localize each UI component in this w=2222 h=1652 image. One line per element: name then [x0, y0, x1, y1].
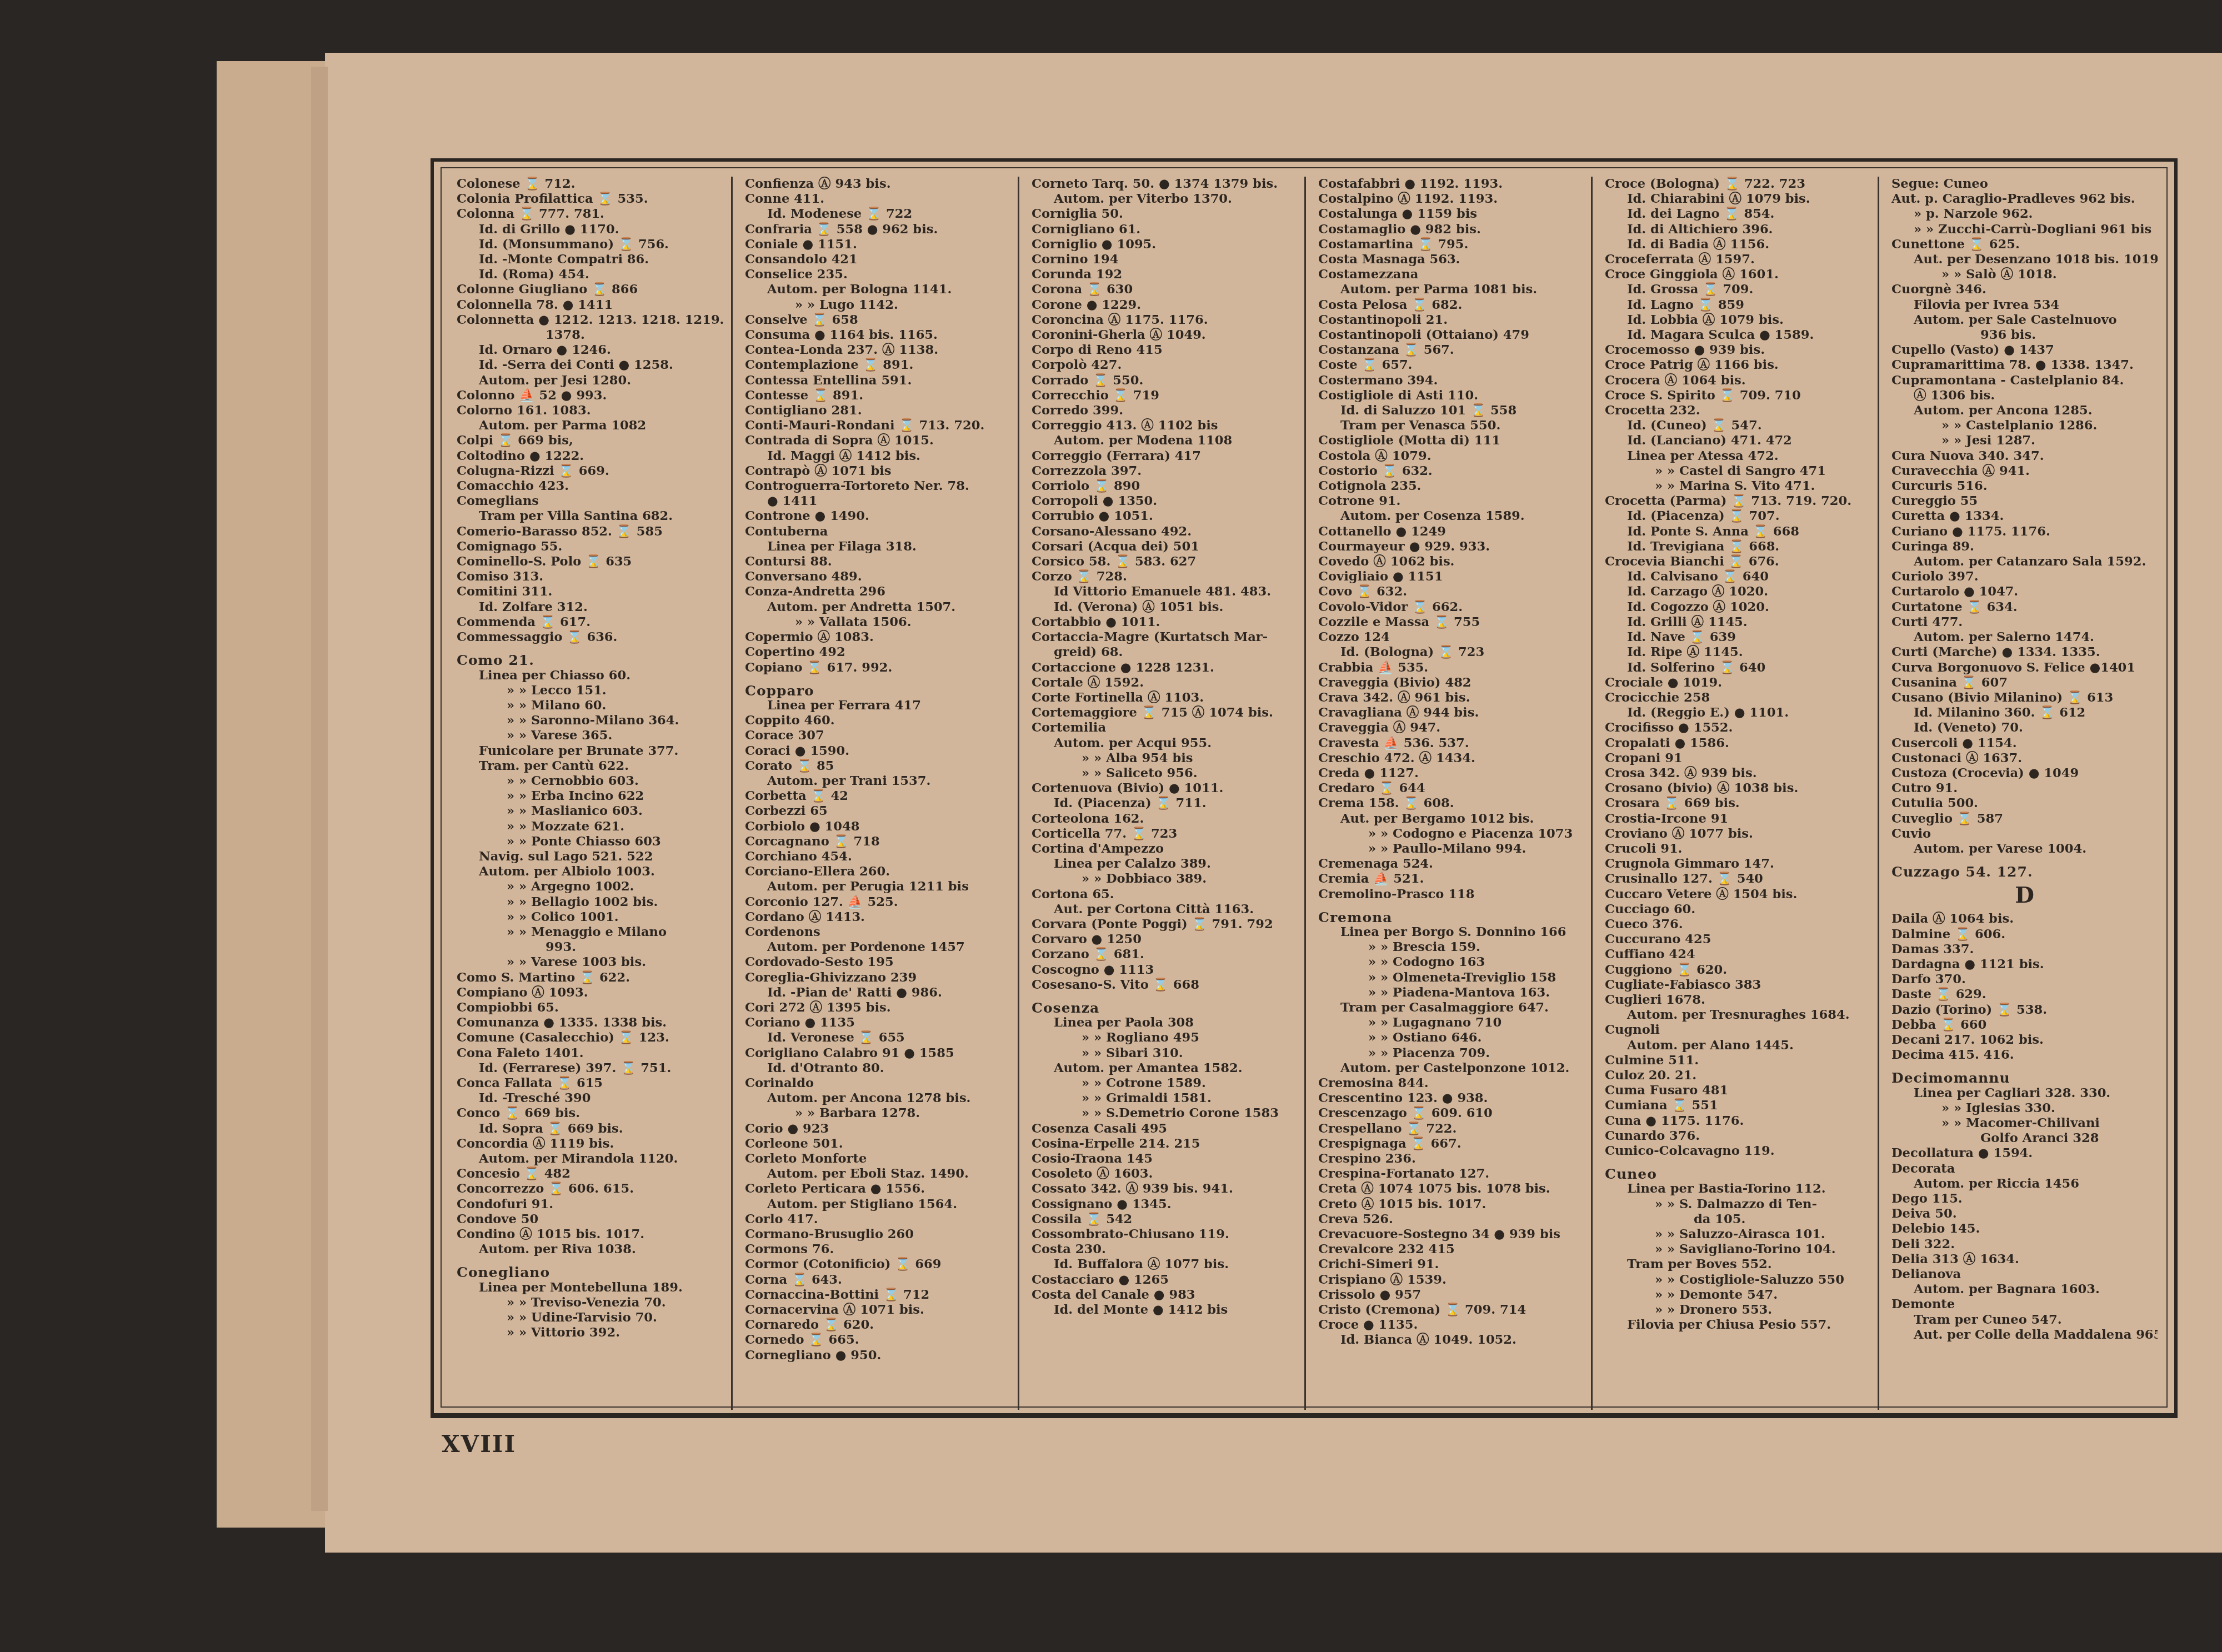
index-entry: Cusano (Bivio Milanino) ⌛ 613 [1891, 690, 2158, 705]
index-entry: Cornino 194 [1032, 252, 1298, 267]
index-entry: Colorno 161. 1083. [457, 403, 724, 418]
index-entry: » » Udine-Tarvisio 70. [457, 1310, 724, 1325]
column-1: Colonese ⌛ 712.Colonia Profilattica ⌛ 53… [444, 177, 731, 1410]
index-entry: Autom. per Bologna 1141. [745, 282, 1011, 297]
index-entry: Cortemilia [1032, 720, 1298, 735]
index-entry: Costamezzana [1318, 267, 1584, 282]
index-entry: Navig. sul Lago 521. 522 [457, 849, 724, 864]
index-entry: » » Dronero 553. [1605, 1303, 1871, 1318]
index-entry: Corbezzi 65 [745, 804, 1011, 819]
index-entry: Courmayeur ● 929. 933. [1318, 539, 1584, 554]
index-entry: » » Saluzzo-Airasca 101. [1605, 1227, 1871, 1242]
index-entry: Creta Ⓐ 1074 1075 bis. 1078 bis. [1318, 1182, 1584, 1197]
index-entry: » » S.Demetrio Corone 1583 [1032, 1106, 1298, 1121]
index-entry: Autom. per Pordenone 1457 [745, 940, 1011, 955]
index-entry: Covigliaio ● 1151 [1318, 569, 1584, 584]
index-entry: Dalmine ⌛ 606. [1891, 927, 2158, 942]
index-entry: Autom. per Bagnara 1603. [1891, 1282, 2158, 1297]
index-entry: Compiano Ⓐ 1093. [457, 985, 724, 1000]
index-entry: Comune (Casalecchio) ⌛ 123. [457, 1030, 724, 1045]
index-entry: Id. Milanino 360. ⌛ 612 [1891, 705, 2158, 720]
index-entry: Cornaccina-Bottini ⌛ 712 [745, 1288, 1011, 1303]
index-entry: Contigliano 281. [745, 403, 1011, 418]
index-entry: Corzo ⌛ 728. [1032, 569, 1298, 584]
index-heading: Cosenza [1032, 1000, 1298, 1015]
index-entry: Corte Fortinella Ⓐ 1103. [1032, 690, 1298, 705]
index-entry: » » Castel di Sangro 471 [1605, 464, 1871, 479]
index-entry: Condino Ⓐ 1015 bis. 1017. [457, 1227, 724, 1242]
index-entry: Id. (Cuneo) ⌛ 547. [1605, 418, 1871, 433]
index-heading: Copparo [745, 683, 1011, 698]
index-entry: Aut. per Cortona Città 1163. [1032, 902, 1298, 917]
index-entry: Autom. per Mirandola 1120. [457, 1152, 724, 1167]
index-entry: Contea-Londa 237. Ⓐ 1138. [745, 343, 1011, 358]
index-entry: Id. Trevigiana ⌛ 668. [1605, 539, 1871, 554]
index-entry: Consandolo 421 [745, 252, 1011, 267]
index-entry: » » Saronno-Milano 364. [457, 713, 724, 728]
index-entry: Segue: Cuneo [1891, 177, 2158, 192]
index-entry: » » Grimaldi 1581. [1032, 1091, 1298, 1106]
index-entry: Corciano-Ellera 260. [745, 864, 1011, 879]
index-entry: Croce ● 1135. [1318, 1318, 1584, 1333]
index-entry: Debba ⌛ 660 [1891, 1018, 2158, 1033]
index-entry: Corato ⌛ 85 [745, 759, 1011, 774]
index-entry: Corcagnano ⌛ 718 [745, 834, 1011, 849]
index-entry: Crabbia ⛵ 535. [1318, 660, 1584, 675]
index-entry: Colonne Giugliano ⌛ 866 [457, 282, 724, 297]
index-entry: Id. (Piacenza) ⌛ 711. [1032, 796, 1298, 811]
index-entry: Costalpino Ⓐ 1192. 1193. [1318, 192, 1584, 207]
index-entry: Cortenuova (Bivio) ● 1011. [1032, 781, 1298, 796]
index-entry: Colonno ⛵ 52 ● 993. [457, 388, 724, 403]
index-entry: » » Erba Incino 622 [457, 789, 724, 804]
index-entry: Linea per Atessa 472. [1605, 449, 1871, 464]
index-entry: Cupello (Vasto) ● 1437 [1891, 343, 2158, 358]
index-entry: Correggio (Ferrara) 417 [1032, 449, 1298, 464]
index-entry: 936 bis. [1891, 328, 2158, 343]
index-heading: Decimomannu [1891, 1070, 2158, 1085]
index-entry: Id. (Monsummano) ⌛ 756. [457, 237, 724, 252]
index-entry: Delebio 145. [1891, 1222, 2158, 1237]
index-entry: Costalunga ● 1159 bis [1318, 207, 1584, 222]
index-entry: Corteolona 162. [1032, 812, 1298, 827]
index-entry: Concesio ⌛ 482 [457, 1167, 724, 1182]
index-entry: Costa Masnaga 563. [1318, 252, 1584, 267]
index-entry: Linea per Paola 308 [1032, 1015, 1298, 1030]
index-entry: Conversano 489. [745, 569, 1011, 584]
index-entry: Cuglieri 1678. [1605, 993, 1871, 1008]
index-entry: » » Jesi 1287. [1891, 433, 2158, 448]
index-entry: Croce (Bologna) ⌛ 722. 723 [1605, 177, 1871, 192]
index-entry: » » Bellagio 1002 bis. [457, 895, 724, 910]
index-entry: Contrada di Sopra Ⓐ 1015. [745, 433, 1011, 448]
index-entry: Id. di Badia Ⓐ 1156. [1605, 237, 1871, 252]
index-entry: Costamartina ⌛ 795. [1318, 237, 1584, 252]
index-entry: Conselice 235. [745, 267, 1011, 282]
index-entry: Tram per Boves 552. [1605, 1257, 1871, 1272]
index-entry: Autom. per Modena 1108 [1032, 433, 1298, 448]
index-entry: Id. di Grillo ● 1170. [457, 222, 724, 237]
index-entry: Autom. per Eboli Staz. 1490. [745, 1167, 1011, 1182]
index-entry: Crichi-Simeri 91. [1318, 1257, 1584, 1272]
index-entry: Cravesta ⛵ 536. 537. [1318, 736, 1584, 751]
index-entry: Coscogno ● 1113 [1032, 963, 1298, 978]
index-entry: Decollatura ● 1594. [1891, 1146, 2158, 1161]
index-entry: Corigliano Calabro 91 ● 1585 [745, 1046, 1011, 1061]
index-entry: » » Castelplanio 1286. [1891, 418, 2158, 433]
index-entry: Linea per Bastia-Torino 112. [1605, 1182, 1871, 1197]
index-entry: Covolo-Vidor ⌛ 662. [1318, 600, 1584, 615]
index-entry: Decani 217. 1062 bis. [1891, 1033, 2158, 1048]
index-entry: Costorio ⌛ 632. [1318, 464, 1584, 479]
index-entry: Id. Magara Sculca ● 1589. [1605, 328, 1871, 343]
index-entry: Conca Fallata ⌛ 615 [457, 1076, 724, 1091]
index-entry: Id. del Monte ● 1412 bis [1032, 1303, 1298, 1318]
index-entry: Corna ⌛ 643. [745, 1273, 1011, 1288]
index-entry: Corriolo ⌛ 890 [1032, 479, 1298, 494]
index-entry: Coraci ● 1590. [745, 744, 1011, 759]
index-entry: » » Savigliano-Torino 104. [1605, 1242, 1871, 1257]
index-entry: Id. Grossa ⌛ 709. [1605, 282, 1871, 297]
index-entry: Crocifisso ● 1552. [1605, 720, 1871, 735]
index-entry: Creschio 472. Ⓐ 1434. [1318, 751, 1584, 766]
index-entry: Autom. per Varese 1004. [1891, 842, 2158, 857]
index-entry: Cuvio [1891, 827, 2158, 842]
index-entry: Tram per Venasca 550. [1318, 418, 1584, 433]
index-entry: Costigliole (Motta di) 111 [1318, 433, 1584, 448]
index-entry: Comitini 311. [457, 584, 724, 599]
index-entry: Cortaccione ● 1228 1231. [1032, 660, 1298, 675]
index-entry: Id. (Reggio E.) ● 1101. [1605, 705, 1871, 720]
index-entry: Corleone 501. [745, 1137, 1011, 1152]
index-entry: Comunanza ● 1335. 1338 bis. [457, 1015, 724, 1030]
index-entry: » p. Narzole 962. [1891, 207, 2158, 222]
index-entry: Id. Buffalora Ⓐ 1077 bis. [1032, 1257, 1298, 1272]
index-entry: Id. Sopra ⌛ 669 bis. [457, 1122, 724, 1137]
index-entry: Como S. Martino ⌛ 622. [457, 970, 724, 985]
index-entry: » » Cotrone 1589. [1032, 1076, 1298, 1091]
index-entry: Aut. p. Caraglio-Pradleves 962 bis. [1891, 192, 2158, 207]
index-entry: Crocetta (Parma) ⌛ 713. 719. 720. [1605, 494, 1871, 509]
index-entry: Corona ⌛ 630 [1032, 282, 1298, 297]
index-entry: Cordano Ⓐ 1413. [745, 910, 1011, 925]
index-entry: Id. (Ferrarese) 397. ⌛ 751. [457, 1061, 724, 1076]
index-entry: Crespellano ⌛ 722. [1318, 1122, 1584, 1137]
index-entry: Curiano ● 1175. 1176. [1891, 524, 2158, 539]
index-entry: Autom. per Parma 1082 [457, 418, 724, 433]
index-entry: Linea per Borgo S. Donnino 166 [1318, 925, 1584, 940]
index-entry: Tram per Villa Santina 682. [457, 509, 724, 524]
index-entry: Cordovado-Sesto 195 [745, 955, 1011, 970]
index-entry: Autom. per Ancona 1278 bis. [745, 1091, 1011, 1106]
index-entry: » » Dobbiaco 389. [1032, 872, 1298, 887]
index-entry: » » Vittorio 392. [457, 1325, 724, 1340]
index-entry: Corunda 192 [1032, 267, 1298, 282]
index-entry: Id. dei Lagno ⌛ 854. [1605, 207, 1871, 222]
index-entry: Crosara ⌛ 669 bis. [1605, 796, 1871, 811]
index-entry: Corleto Perticara ● 1556. [745, 1182, 1011, 1197]
index-entry: Crevalcore 232 415 [1318, 1242, 1584, 1257]
index-entry: Cutro 91. [1891, 781, 2158, 796]
index-entry: Conselve ⌛ 658 [745, 313, 1011, 328]
index-entry: » » Maslianico 603. [457, 804, 724, 819]
index-entry: Crucoli 91. [1605, 842, 1871, 857]
index-entry: Autom. per Salerno 1474. [1891, 630, 2158, 645]
index-entry: Curtarolo ● 1047. [1891, 584, 2158, 599]
index-entry: Id. Cogozzo Ⓐ 1020. [1605, 600, 1871, 615]
index-entry: Cosoleto Ⓐ 1603. [1032, 1167, 1298, 1182]
index-entry: Crostia-Ircone 91 [1605, 812, 1871, 827]
column-4: Costafabbri ● 1192. 1193.Costalpino Ⓐ 11… [1304, 177, 1591, 1410]
index-entry: Corpolò 427. [1032, 358, 1298, 373]
index-entry: Id. -Serra dei Conti ● 1258. [457, 358, 724, 373]
index-entry: Corsari (Acqua dei) 501 [1032, 539, 1298, 554]
index-entry: Autom. per Stigliano 1564. [745, 1197, 1011, 1212]
index-entry: Cornigliano 61. [1032, 222, 1298, 237]
index-entry: Cuccurano 425 [1605, 932, 1871, 947]
index-entry: Costafabbri ● 1192. 1193. [1318, 177, 1584, 192]
index-entry: Curtatone ⌛ 634. [1891, 600, 2158, 615]
index-entry: Controguerra-Tortoreto Ner. 78. [745, 479, 1011, 494]
index-entry: Crema 158. ⌛ 608. [1318, 796, 1584, 811]
index-entry: Autom. per Riva 1038. [457, 1242, 724, 1257]
column-5: Croce (Bologna) ⌛ 722. 723Id. Chiarabini… [1591, 177, 1878, 1410]
index-entry: greid) 68. [1032, 645, 1298, 660]
index-entry: Corsico 58. ⌛ 583. 627 [1032, 554, 1298, 569]
index-entry: Autom. per Ancona 1285. [1891, 403, 2158, 418]
index-entry: Autom. per Parma 1081 bis. [1318, 282, 1584, 297]
index-entry: Darfo 370. [1891, 972, 2158, 987]
index-entry: Cristo (Cremona) ⌛ 709. 714 [1318, 1303, 1584, 1318]
index-entry: » » Salò Ⓐ 1018. [1891, 267, 2158, 282]
index-entry: Craveggia Ⓐ 947. [1318, 720, 1584, 735]
index-entry: Linea per Filaga 318. [745, 539, 1011, 554]
index-entry: Cosenza Casali 495 [1032, 1122, 1298, 1137]
index-entry: Cura Nuova 340. 347. [1891, 449, 2158, 464]
index-entry: Crissolo ● 957 [1318, 1288, 1584, 1303]
index-entry: » » Lugo 1142. [745, 298, 1011, 313]
index-entry: » » Mozzate 621. [457, 819, 724, 834]
index-entry: Id. -Tresché 390 [457, 1091, 724, 1106]
index-entry: Aut. per Desenzano 1018 bis. 1019. [1891, 252, 2158, 267]
index-entry: Cropalati ● 1586. [1605, 736, 1871, 751]
index-entry: » » Zucchi-Carrù-Dogliani 961 bis [1891, 222, 2158, 237]
index-entry: Cutulia 500. [1891, 796, 2158, 811]
index-entry: Costola Ⓐ 1079. [1318, 449, 1584, 464]
index-entry: Coreglia-Ghivizzano 239 [745, 970, 1011, 985]
index-entry: Colpi ⌛ 669 bis, [457, 433, 724, 448]
index-entry: Crespignaga ⌛ 667. [1318, 1137, 1584, 1152]
index-entry: Culoz 20. 21. [1605, 1068, 1871, 1083]
index-entry: Id. di Altichiero 396. [1605, 222, 1871, 237]
index-entry: ● 1411 [745, 494, 1011, 509]
index-heading: Como 21. [457, 653, 724, 668]
index-entry: Id. (Piacenza) ⌛ 707. [1605, 509, 1871, 524]
index-entry: Autom. per Jesi 1280. [457, 373, 724, 388]
index-entry: » » Colico 1001. [457, 910, 724, 925]
index-entry: Corbiolo ● 1048 [745, 819, 1011, 834]
index-entry: Creva 526. [1318, 1212, 1584, 1227]
index-entry: Compiobbi 65. [457, 1000, 724, 1015]
index-entry: Corneto Tarq. 50. ● 1374 1379 bis. [1032, 177, 1298, 192]
index-entry: Cunardo 376. [1605, 1129, 1871, 1144]
index-entry: Tram per Casalmaggiore 647. [1318, 1000, 1584, 1015]
index-entry: » » Paullo-Milano 994. [1318, 842, 1584, 857]
index-entry: Cuffiano 424 [1605, 947, 1871, 962]
index-entry: Craveggia (Bivio) 482 [1318, 675, 1584, 690]
index-entry: Id. Ponte S. Anna ⌛ 668 [1605, 524, 1871, 539]
index-entry: Id. -Pian de' Ratti ● 986. [745, 985, 1011, 1000]
index-entry: Crosa 342. Ⓐ 939 bis. [1605, 766, 1871, 781]
index-entry: Crocera Ⓐ 1064 bis. [1605, 373, 1871, 388]
index-entry: Comerio-Barasso 852. ⌛ 585 [457, 524, 724, 539]
index-heading: Conegliano [457, 1265, 724, 1280]
index-entry: Cuma Fusaro 481 [1605, 1083, 1871, 1098]
index-entry: Conco ⌛ 669 bis. [457, 1106, 724, 1121]
index-entry: da 105. [1605, 1212, 1871, 1227]
index-entry: Cortale Ⓐ 1592. [1032, 675, 1298, 690]
index-entry: Cotignola 235. [1318, 479, 1584, 494]
index-entry: Cusanina ⌛ 607 [1891, 675, 2158, 690]
index-entry: » » Alba 954 bis [1032, 751, 1298, 766]
index-entry: Corniglia 50. [1032, 207, 1298, 222]
index-entry: Contursi 88. [745, 554, 1011, 569]
index-entry: Crocetta 232. [1605, 403, 1871, 418]
index-entry: Aut. per Bergamo 1012 bis. [1318, 812, 1584, 827]
index-entry: Corlo 417. [745, 1212, 1011, 1227]
index-entry: Id. (Veneto) 70. [1891, 720, 2158, 735]
index-entry: Cosio-Traona 145 [1032, 1152, 1298, 1167]
index-entry: » » Demonte 547. [1605, 1288, 1871, 1303]
index-entry: Id. Grilli Ⓐ 1145. [1605, 615, 1871, 630]
index-entry: Cremenaga 524. [1318, 857, 1584, 872]
index-entry: Coriano ● 1135 [745, 1015, 1011, 1030]
index-entry: Cossignano ● 1345. [1032, 1197, 1298, 1212]
index-entry: Tram. per Cantù 622. [457, 759, 724, 774]
index-entry: Cortemaggiore ⌛ 715 Ⓐ 1074 bis. [1032, 705, 1298, 720]
index-entry: Linea per Montebelluna 189. [457, 1280, 724, 1295]
index-entry: Id. Zolfare 312. [457, 600, 724, 615]
index-entry: Corio ● 923 [745, 1122, 1011, 1137]
index-entry: Cormons 76. [745, 1242, 1011, 1257]
index-entry: Crocicchie 258 [1605, 690, 1871, 705]
index-entry: Dazio (Torino) ⌛ 538. [1891, 1003, 2158, 1018]
index-entry: Coniale ● 1151. [745, 237, 1011, 252]
index-entry: Cozzo 124 [1318, 630, 1584, 645]
index-entry: Id. Bianca Ⓐ 1049. 1052. [1318, 1333, 1584, 1348]
index-entry: Croce S. Spirito ⌛ 709. 710 [1605, 388, 1871, 403]
index-entry: Colonese ⌛ 712. [457, 177, 724, 192]
index-entry: Culmine 511. [1605, 1053, 1871, 1068]
index-entry: Ⓐ 1306 bis. [1891, 388, 2158, 403]
index-entry: Contemplazione ⌛ 891. [745, 358, 1011, 373]
index-entry: Autom. per Cosenza 1589. [1318, 509, 1584, 524]
index-entry: Corzano ⌛ 681. [1032, 947, 1298, 962]
index-entry: 1378. [457, 328, 724, 343]
index-entry: Deiva 50. [1891, 1207, 2158, 1222]
index-entry: Correzzola 397. [1032, 464, 1298, 479]
index-entry: » » Treviso-Venezia 70. [457, 1295, 724, 1310]
index-entry: Cremolino-Prasco 118 [1318, 887, 1584, 902]
index-entry: Commessaggio ⌛ 636. [457, 630, 724, 645]
index-entry: Daila Ⓐ 1064 bis. [1891, 912, 2158, 927]
index-entry: Corconio 127. ⛵ 525. [745, 895, 1011, 910]
index-entry: Decima 415. 416. [1891, 1048, 2158, 1063]
index-entry: Crescenzago ⌛ 609. 610 [1318, 1106, 1584, 1121]
index-entry: Id. Nave ⌛ 639 [1605, 630, 1871, 645]
index-entry: Cumiana ⌛ 551 [1605, 1098, 1871, 1113]
index-entry: Id. Lagno ⌛ 859 [1605, 298, 1871, 313]
index-entry: » » Lugagnano 710 [1318, 1015, 1584, 1030]
index-entry: Id. Ornaro ● 1246. [457, 343, 724, 358]
index-entry: Coronini-Gherla Ⓐ 1049. [1032, 328, 1298, 343]
index-entry: » » Barbara 1278. [745, 1106, 1011, 1121]
index-entry: Corredo 399. [1032, 403, 1298, 418]
index-entry: » » Menaggio e Milano [457, 925, 724, 940]
index-entry: Croce Patrig Ⓐ 1166 bis. [1605, 358, 1871, 373]
index-entry: Cuccaro Vetere Ⓐ 1504 bis. [1605, 887, 1871, 902]
index-entry: Funicolare per Brunate 377. [457, 744, 724, 759]
index-entry: Colonnetta ● 1212. 1213. 1218. 1219. [457, 313, 724, 328]
index-entry: Linea per Cagliari 328. 330. [1891, 1086, 2158, 1101]
index-entry: Contrapò Ⓐ 1071 bis [745, 464, 1011, 479]
index-entry: Id. Maggi Ⓐ 1412 bis. [745, 449, 1011, 464]
index-entry: Crevacuore-Sostegno 34 ● 939 bis [1318, 1227, 1584, 1242]
index-entry: Autom. per Viterbo 1370. [1032, 192, 1298, 207]
index-entry: » » Codogno e Piacenza 1073 [1318, 827, 1584, 842]
index-entry: Contessa Entellina 591. [745, 373, 1011, 388]
index-entry: » » Brescia 159. [1318, 940, 1584, 955]
index-entry: » » Ponte Chiasso 603 [457, 834, 724, 849]
index-entry: Cosesano-S. Vito ⌛ 668 [1032, 978, 1298, 993]
index-entry: Confraria ⌛ 558 ● 962 bis. [745, 222, 1011, 237]
index-entry: Cossombrato-Chiusano 119. [1032, 1227, 1298, 1242]
index-entry: Autom. per Albiolo 1003. [457, 864, 724, 879]
index-entry: Autom. per Trani 1537. [745, 774, 1011, 789]
index-entry: Corpo di Reno 415 [1032, 343, 1298, 358]
index-entry: » » Varese 1003 bis. [457, 955, 724, 970]
column-3: Corneto Tarq. 50. ● 1374 1379 bis.Autom.… [1018, 177, 1304, 1410]
index-entry: Filovia per Ivrea 534 [1891, 298, 2158, 313]
index-entry: Correcchio ⌛ 719 [1032, 388, 1298, 403]
index-entry: Crispiano Ⓐ 1539. [1318, 1273, 1584, 1288]
index-entry: Autom. per Castelponzone 1012. [1318, 1061, 1584, 1076]
index-entry: Comiso 313. [457, 569, 724, 584]
column-6: Segue: CuneoAut. p. Caraglio-Pradleves 9… [1878, 177, 2164, 1410]
index-entry: » » Marina S. Vito 471. [1605, 479, 1871, 494]
index-entry: Conti-Mauri-Rondani ⌛ 713. 720. [745, 418, 1011, 433]
index-entry: » » Costigliole-Saluzzo 550 [1605, 1273, 1871, 1288]
index-entry: Cordenons [745, 925, 1011, 940]
index-entry: Corinaldo [745, 1076, 1011, 1091]
index-entry: Linea per Calalzo 389. [1032, 857, 1298, 872]
index-entry: Cunettone ⌛ 625. [1891, 237, 2158, 252]
index-entry: Controne ● 1490. [745, 509, 1011, 524]
index-entry: Costanzana ⌛ 567. [1318, 343, 1584, 358]
index-entry: Id Vittorio Emanuele 481. 483. [1032, 584, 1298, 599]
index-entry: Cona Faleto 1401. [457, 1046, 724, 1061]
index-entry: Curavecchia Ⓐ 941. [1891, 464, 2158, 479]
index-entry: Consuma ● 1164 bis. 1165. [745, 328, 1011, 343]
index-entry: Credaro ⌛ 644 [1318, 781, 1584, 796]
index-entry: » » Varese 365. [457, 728, 724, 743]
index-entry: Curinga 89. [1891, 539, 2158, 554]
index-entry: Cosina-Erpelle 214. 215 [1032, 1137, 1298, 1152]
page-number: XVIII [442, 1430, 516, 1458]
index-entry: Id. Chiarabini Ⓐ 1079 bis. [1605, 192, 1871, 207]
index-entry: » » Argegno 1002. [457, 879, 724, 894]
index-entry: » » Macomer-Chilivani [1891, 1116, 2158, 1131]
